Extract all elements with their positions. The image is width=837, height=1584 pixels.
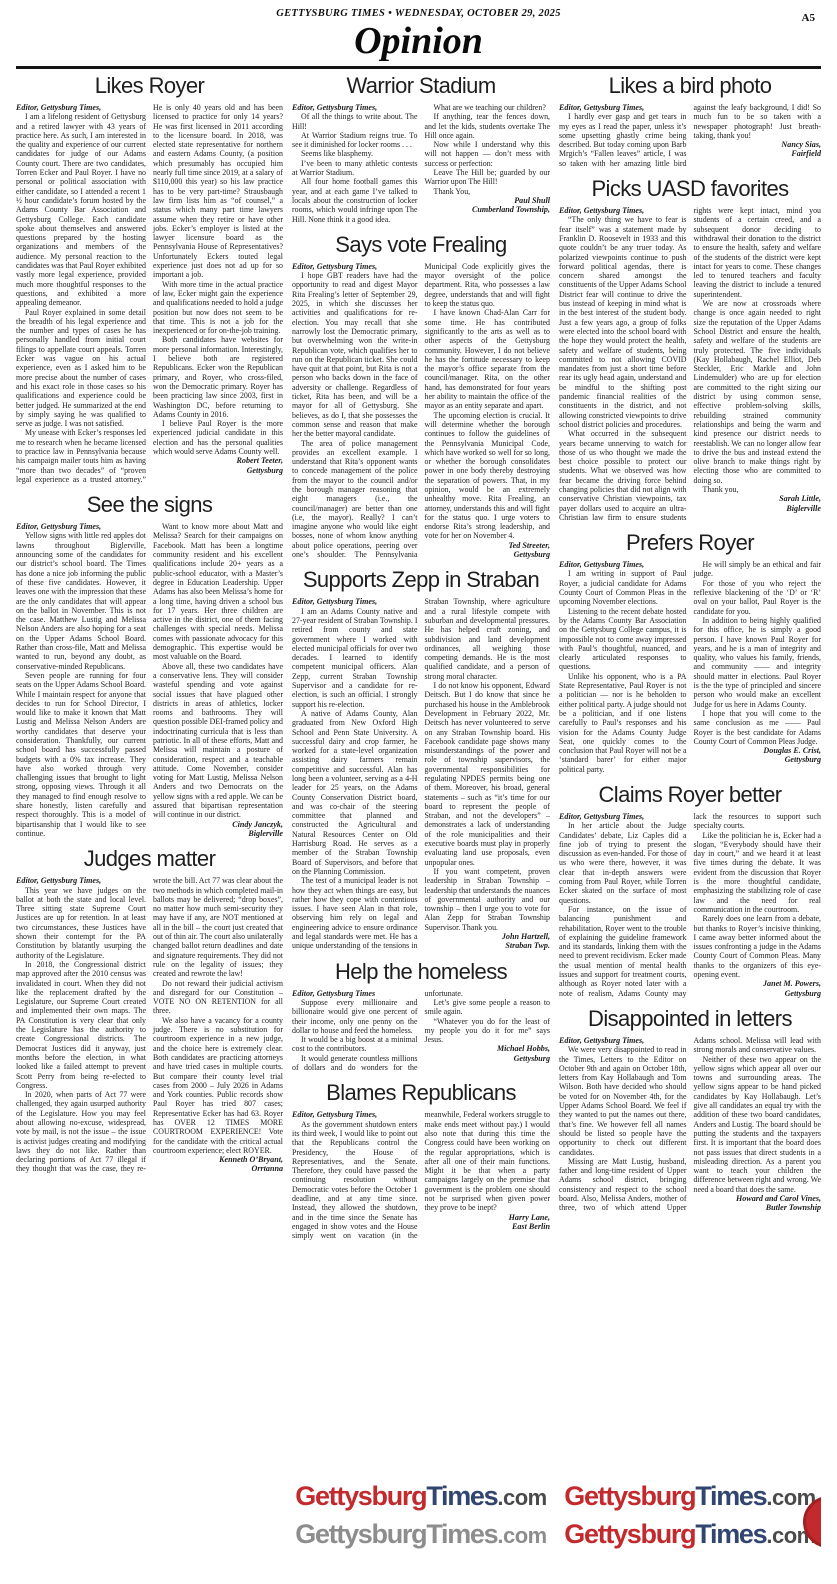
letter-salutation: Editor, Gettysburg Times	[292, 989, 418, 998]
letter-signature: Nancy Sias,	[694, 140, 822, 149]
letter-signature: Paul Shull	[425, 196, 551, 205]
letter-paragraph: He will simply be an ethical and fair ju…	[694, 560, 822, 579]
letter-signature: Straban Twp.	[425, 941, 551, 950]
article-judges-matter: Judges matter Editor, Gettysburg Times,T…	[16, 838, 283, 1174]
letter-paragraph: Thank you,	[694, 485, 822, 494]
letter-signature: Janet M. Powers,	[694, 979, 822, 988]
article-headline: Supports Zepp in Straban	[292, 568, 550, 592]
letter-body: Editor, Gettysburg Times,I hardly ever g…	[559, 103, 821, 168]
article-headline: Claims Royer better	[559, 783, 821, 807]
letter-signature: Kenneth O’Bryant,	[153, 1155, 283, 1164]
article-headline: Warrior Stadium	[292, 74, 550, 98]
article-prefers-royer: Prefers Royer Editor, Gettysburg Times,I…	[559, 522, 821, 774]
letter-paragraph: “The only thing we have to fear is fear …	[559, 215, 687, 429]
column-left: Likes Royer Editor, Gettysburg Times,I a…	[16, 71, 283, 1550]
letter-paragraph: I believe Paul Royer is the more experie…	[153, 419, 283, 456]
letter-paragraph: All four home football games this year, …	[292, 177, 418, 223]
letter-body: Editor, Gettysburg Times,I am an Adams C…	[292, 597, 550, 950]
letter-paragraph: Rarely does one learn from a debate, but…	[694, 914, 822, 979]
letter-paragraph: Seven people are running for four seats …	[16, 671, 146, 838]
letter-paragraph: The upcoming election is crucial. It wil…	[425, 411, 551, 541]
letter-paragraph: At Warrior Stadium reigns true. To see i…	[292, 131, 418, 150]
letter-paragraph: We are now at crossroads where change is…	[694, 299, 822, 485]
letter-paragraph: If anything, tear the fences down, and l…	[425, 112, 551, 140]
letter-signature: Gettysburg	[425, 1054, 551, 1063]
letter-paragraph: I hope GBT readers have had the opportun…	[292, 271, 418, 438]
letter-paragraph: Listening to the recent debate hosted by…	[559, 607, 687, 672]
letter-paragraph: Neither of these two appear on the yello…	[694, 1055, 822, 1194]
letter-salutation: Editor, Gettysburg Times,	[292, 262, 418, 271]
gettysburgtimes-logo: GettysburgTimes.com	[559, 1520, 821, 1550]
article-warrior-stadium: Warrior Stadium Editor, Gettysburg Times…	[292, 71, 550, 224]
letter-paragraph: Leave The Hill be; guarded by our Warrio…	[425, 168, 551, 187]
article-blames-republicans: Blames Republicans Editor, Gettysburg Ti…	[292, 1072, 550, 1240]
article-says-vote-frealing: Says vote Frealing Editor, Gettysburg Ti…	[292, 224, 550, 560]
letter-salutation: Editor, Gettysburg Times,	[559, 1036, 687, 1045]
article-headline: Likes a bird photo	[559, 74, 821, 98]
letter-paragraph: Want to know more about Matt and Melissa…	[153, 522, 283, 661]
gettysburgtimes-logo-gray: GettysburgTimes.com	[292, 1520, 550, 1550]
logo-text-gettysburg: Gettysburg	[295, 1481, 426, 1511]
footer-ads-right: GettysburgTimes.com GettysburgTimes.com	[559, 1468, 821, 1550]
article-headline: See the signs	[16, 493, 283, 517]
article-help-homeless: Help the homeless Editor, Gettysburg Tim…	[292, 951, 550, 1073]
page-body: Likes Royer Editor, Gettysburg Times,I a…	[16, 71, 821, 1550]
page-number: A5	[802, 12, 815, 24]
letter-salutation: Editor, Gettysburg Times,	[559, 812, 687, 821]
letter-signature: Gettysburg	[153, 466, 283, 475]
letter-signature: Robert Teeter,	[153, 456, 283, 465]
letter-salutation: Editor, Gettysburg Times,	[292, 103, 418, 112]
letter-paragraph: Let’s give some people a reason to smile…	[425, 998, 551, 1017]
letter-signature: Gettysburg	[694, 755, 822, 764]
letter-salutation: Editor, Gettysburg Times,	[16, 876, 146, 885]
gettysburgtimes-logo: GettysburgTimes.com	[559, 1482, 821, 1512]
letter-body: Editor, Gettysburg Times,I am a lifelong…	[16, 103, 283, 484]
article-see-the-signs: See the signs Editor, Gettysburg Times,Y…	[16, 484, 283, 838]
logo-text-times: Times	[426, 1519, 497, 1549]
letter-paragraph: Both candidates have websites for more p…	[153, 335, 283, 419]
letter-salutation: Editor, Gettysburg Times,	[16, 522, 146, 531]
letter-signature: Ted Streeter,	[425, 541, 551, 550]
letter-paragraph: Yellow signs with little red apples dot …	[16, 531, 146, 670]
article-supports-zepp: Supports Zepp in Straban Editor, Gettysb…	[292, 559, 550, 950]
letter-body: Editor, Gettysburg Times,In her article …	[559, 812, 821, 998]
letter-paragraph: We also have a vacancy for a county judg…	[153, 1016, 283, 1155]
letter-signature: Gettysburg	[425, 550, 551, 559]
letter-salutation: Editor, Gettysburg Times,	[559, 206, 687, 215]
logo-text-gettysburg: Gettysburg	[295, 1519, 426, 1549]
letter-salutation: Editor, Gettysburg Times,	[559, 103, 687, 112]
letter-paragraph: Above all, these two candidates have a c…	[153, 662, 283, 820]
letter-paragraph: Like the politician he is, Ecker had a s…	[694, 831, 822, 915]
letter-paragraph: With more time in the actual practice of…	[153, 280, 283, 336]
letter-signature: Sarah Little,	[694, 494, 822, 503]
letter-paragraph: I am an Adams County native and 27-year …	[292, 607, 418, 709]
letter-signature: East Berlin	[425, 1222, 551, 1231]
logo-text-times: Times	[426, 1481, 497, 1511]
letter-paragraph: I’ve been to many athletic contests at W…	[292, 159, 418, 178]
letter-paragraph: Of all the things to write about. The Hi…	[292, 112, 418, 131]
letter-paragraph: In 2018, the Congressional district map …	[16, 960, 146, 1090]
letter-paragraph: For those of you who reject the reflexiv…	[694, 579, 822, 616]
article-headline: Prefers Royer	[559, 531, 821, 555]
article-headline: Disappointed in letters	[559, 1007, 821, 1031]
footer-ads-middle: GettysburgTimes.com GettysburgTimes.com	[292, 1468, 550, 1550]
letter-paragraph: A native of Adams County, Alan graduated…	[292, 709, 418, 876]
letter-paragraph: This year we have judges on the ballot a…	[16, 886, 146, 960]
letter-signature: Cindy Janczyk,	[153, 820, 283, 829]
article-picks-uasd: Picks UASD favorites Editor, Gettysburg …	[559, 168, 821, 522]
letter-salutation: Editor, Gettysburg Times,	[16, 103, 146, 112]
letter-signature: Michael Hobbs,	[425, 1044, 551, 1053]
column-right: Likes a bird photo Editor, Gettysburg Ti…	[559, 71, 821, 1550]
logo-text-times: Times	[695, 1519, 766, 1549]
logo-text-com: .com	[497, 1485, 546, 1510]
section-title: Opinion	[16, 21, 821, 61]
logo-text-gettysburg: Gettysburg	[564, 1519, 695, 1549]
letter-body: Editor, Gettysburg Times,“The only thing…	[559, 206, 821, 522]
letter-signature: Fairfield	[694, 149, 822, 158]
logo-text-com: .com	[497, 1523, 546, 1548]
logo-text-times: Times	[695, 1481, 766, 1511]
article-headline: Likes Royer	[16, 74, 283, 98]
letter-salutation: Editor, Gettysburg Times,	[559, 560, 687, 569]
letter-paragraph: If you want competent, proven leadership…	[425, 867, 551, 932]
letter-body: Editor, Gettysburg TimesSuppose every mi…	[292, 989, 550, 1073]
article-headline: Picks UASD favorites	[559, 177, 821, 201]
letter-paragraph: What are we teaching our children?	[425, 103, 551, 112]
letter-paragraph: It would be a big boost at a minimal cos…	[292, 1035, 418, 1054]
letter-signature: Cumberland Township,	[425, 205, 551, 214]
column-middle: Warrior Stadium Editor, Gettysburg Times…	[292, 71, 550, 1550]
letter-paragraph: We were very disappointed to read in the…	[559, 1045, 687, 1157]
letter-signature: Orrtanna	[153, 1164, 283, 1173]
letter-paragraph: “Whatever you do for the least of my peo…	[425, 1017, 551, 1045]
article-claims-royer: Claims Royer better Editor, Gettysburg T…	[559, 774, 821, 998]
letter-body: Editor, Gettysburg Times,I am writing in…	[559, 560, 821, 774]
letter-body: Editor, Gettysburg Times,As the governme…	[292, 1110, 550, 1240]
letter-signature: Biglerville	[153, 829, 283, 838]
letter-paragraph: Now while I understand why this will not…	[425, 140, 551, 168]
header-rule	[16, 66, 821, 69]
letter-signature: Butler Township	[694, 1203, 822, 1212]
letter-paragraph: I am writing in support of Paul Royer, a…	[559, 569, 687, 606]
letter-paragraph: Seems like blasphemy.	[292, 149, 418, 158]
letter-salutation: Editor, Gettysburg Times,	[292, 597, 418, 606]
letter-paragraph: Do not reward their judicial activism an…	[153, 979, 283, 1016]
letter-signature: Howard and Carol Vines,	[694, 1194, 822, 1203]
article-likes-royer: Likes Royer Editor, Gettysburg Times,I a…	[16, 71, 283, 484]
letter-signature: John Hartzell,	[425, 932, 551, 941]
letter-paragraph: In her article about the Judge Candidate…	[559, 821, 687, 905]
letter-body: Editor, Gettysburg Times,Yellow signs wi…	[16, 522, 283, 838]
article-headline: Blames Republicans	[292, 1081, 550, 1105]
article-headline: Says vote Frealing	[292, 233, 550, 257]
letter-signature: Biglerville	[694, 504, 822, 513]
letter-paragraph: In addition to being highly qualified fo…	[694, 616, 822, 709]
letter-paragraph: Thank You,	[425, 187, 551, 196]
article-disappointed-letters: Disappointed in letters Editor, Gettysbu…	[559, 998, 821, 1213]
letter-paragraph: I have known Chad-Alan Carr for some tim…	[425, 308, 551, 410]
letter-paragraph: I do not know his opponent, Edward Deits…	[425, 681, 551, 867]
letter-paragraph: I hope that you will come to the same co…	[694, 709, 822, 746]
newspaper-page: GETTYSBURG TIMES • WEDNESDAY, OCTOBER 29…	[0, 0, 837, 1584]
letter-paragraph: Paul Royer explained in some detail the …	[16, 308, 146, 429]
letter-salutation: Editor, Gettysburg Times,	[292, 1110, 418, 1119]
letter-signature: Douglas E. Crist,	[694, 746, 822, 755]
article-headline: Judges matter	[16, 847, 283, 871]
letter-paragraph: Unlike his opponent, who is a PA State R…	[559, 672, 687, 774]
letter-body: Editor, Gettysburg Times,I hope GBT read…	[292, 262, 550, 560]
page-header: GETTYSBURG TIMES • WEDNESDAY, OCTOBER 29…	[16, 8, 821, 69]
letter-body: Editor, Gettysburg Times,We were very di…	[559, 1036, 821, 1213]
letter-body: Editor, Gettysburg Times,This year we ha…	[16, 876, 283, 1174]
letter-signature: Gettysburg	[694, 989, 822, 998]
letter-paragraph: Suppose every millionaire and billionair…	[292, 998, 418, 1035]
letter-paragraph: I am a lifelong resident of Gettysburg a…	[16, 112, 146, 307]
gettysburgtimes-logo: GettysburgTimes.com	[292, 1482, 550, 1512]
article-likes-bird-photo: Likes a bird photo Editor, Gettysburg Ti…	[559, 71, 821, 168]
logo-text-gettysburg: Gettysburg	[564, 1481, 695, 1511]
letter-body: Editor, Gettysburg Times,Of all the thin…	[292, 103, 550, 224]
article-headline: Help the homeless	[292, 960, 550, 984]
masthead-text: GETTYSBURG TIMES • WEDNESDAY, OCTOBER 29…	[16, 8, 821, 19]
letter-signature: Harry Lane,	[425, 1213, 551, 1222]
